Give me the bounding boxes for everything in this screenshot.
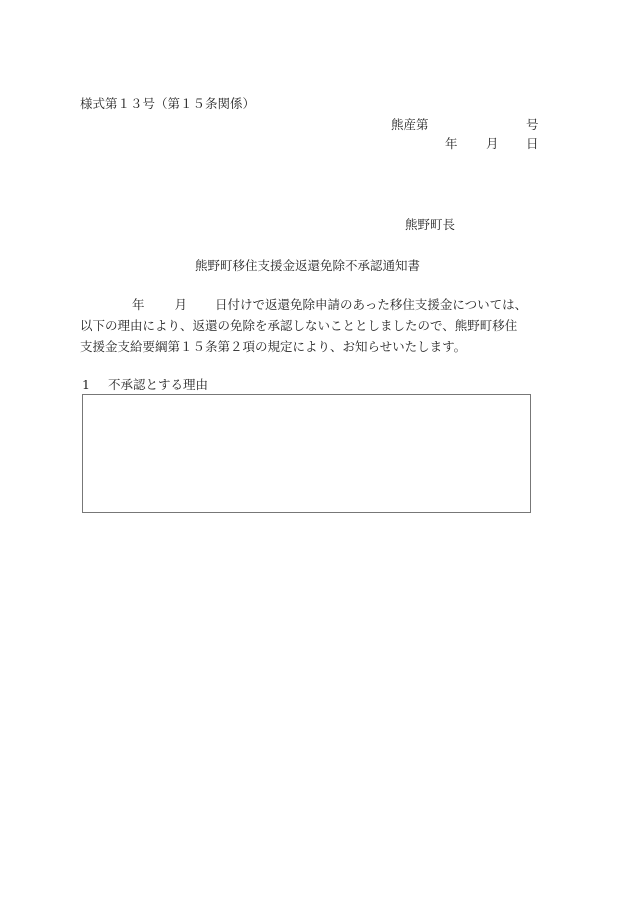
body-paragraph-line-3: 支援金支給要綱第１５条第２項の規定により、お知らせいたします。: [80, 339, 466, 355]
section-number: 1: [82, 377, 90, 392]
body-month-label: 月: [175, 297, 188, 312]
body-text-line-1: 日付けで返還免除申請のあった移住支援金については、: [215, 297, 527, 312]
date-year-label: 年: [445, 136, 458, 152]
reason-box: [82, 394, 531, 513]
document-number-suffix: 号: [526, 117, 539, 133]
date-day-label: 日: [526, 136, 539, 152]
body-paragraph-line-2: 以下の理由により、返還の免除を承認しないこととしましたので、熊野町移住: [80, 318, 517, 334]
document-title: 熊野町移住支援金返還免除不承認通知書: [195, 258, 420, 274]
form-number: 様式第１３号（第１５条関係）: [80, 96, 255, 112]
body-paragraph-line-1: 年月日付けで返還免除申請のあった移住支援金については、: [80, 297, 527, 313]
document-number-prefix: 熊産第: [391, 117, 429, 133]
issuer-name: 熊野町長: [405, 217, 455, 233]
section-heading-text: 不承認とする理由: [108, 377, 208, 392]
body-year-label: 年: [132, 297, 145, 312]
date-month-label: 月: [486, 136, 499, 152]
section-heading: 1不承認とする理由: [82, 377, 208, 393]
